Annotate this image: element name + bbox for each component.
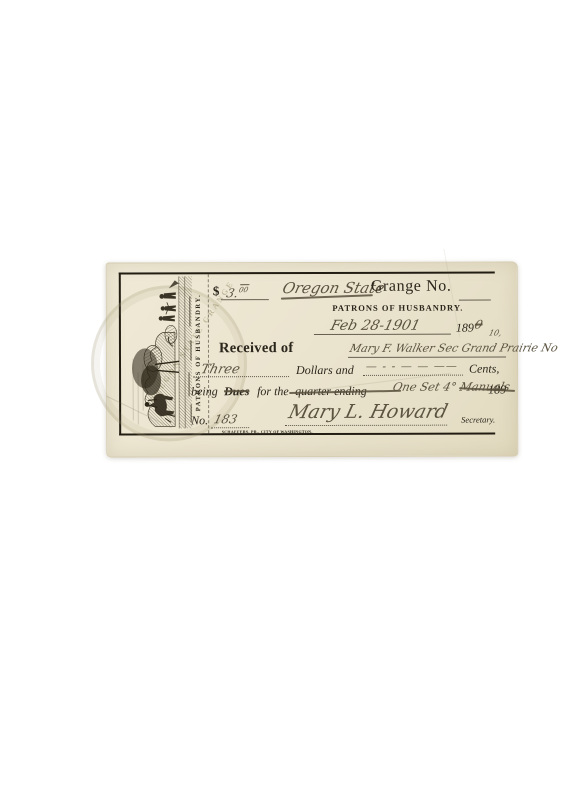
amount-words-handwritten: Three <box>199 362 241 377</box>
border-top <box>119 272 495 275</box>
receipt-number-handwritten: 183 <box>212 412 238 426</box>
date-handwritten: Feb 28-1901 <box>329 318 422 334</box>
year-suffix-handwritten: 0 <box>473 318 484 332</box>
received-of-label: Received of <box>219 340 294 357</box>
date-underline <box>314 334 451 335</box>
signature-handwritten: Mary L. Howard <box>286 401 450 423</box>
for-the-label: for the <box>257 384 289 399</box>
payer-underline <box>348 356 506 357</box>
amount-figures-handwritten: 3.00 <box>225 285 249 300</box>
printer-credit-line: SCHAEFERS, PR., CITY OF WASHINGTON. <box>211 429 323 434</box>
number-dotted-line <box>211 427 249 428</box>
grange-no-label: Grange No. <box>371 278 452 296</box>
cents-dashes-handwritten: — - - — — —— <box>364 360 459 373</box>
amount-cents-handwritten: 00 <box>238 285 249 294</box>
signature-dotted-line <box>285 425 447 426</box>
secretary-label: Secretary. <box>461 415 495 425</box>
grange-no-blank-line <box>459 300 491 301</box>
cents-label: Cents, <box>469 362 499 377</box>
dollar-sign: $ <box>213 283 220 299</box>
payer-handwritten: Mary F. Walker Sec Grand Prairie No <box>348 341 559 355</box>
amount-underline <box>221 299 269 300</box>
being-label: being <box>191 384 218 399</box>
cents-dotted-line <box>363 375 463 376</box>
grange-receipt: OREGON STATE GRANGE <box>106 261 519 457</box>
dues-label-struck: Dues <box>224 384 249 399</box>
no-label: No. <box>191 413 208 428</box>
dollars-and-label: Dollars and <box>296 363 354 378</box>
scanned-page: OREGON STATE GRANGE <box>0 0 582 800</box>
amount-words-dotted-line <box>193 376 289 377</box>
payer-superscript-handwritten: 10, <box>488 329 503 338</box>
